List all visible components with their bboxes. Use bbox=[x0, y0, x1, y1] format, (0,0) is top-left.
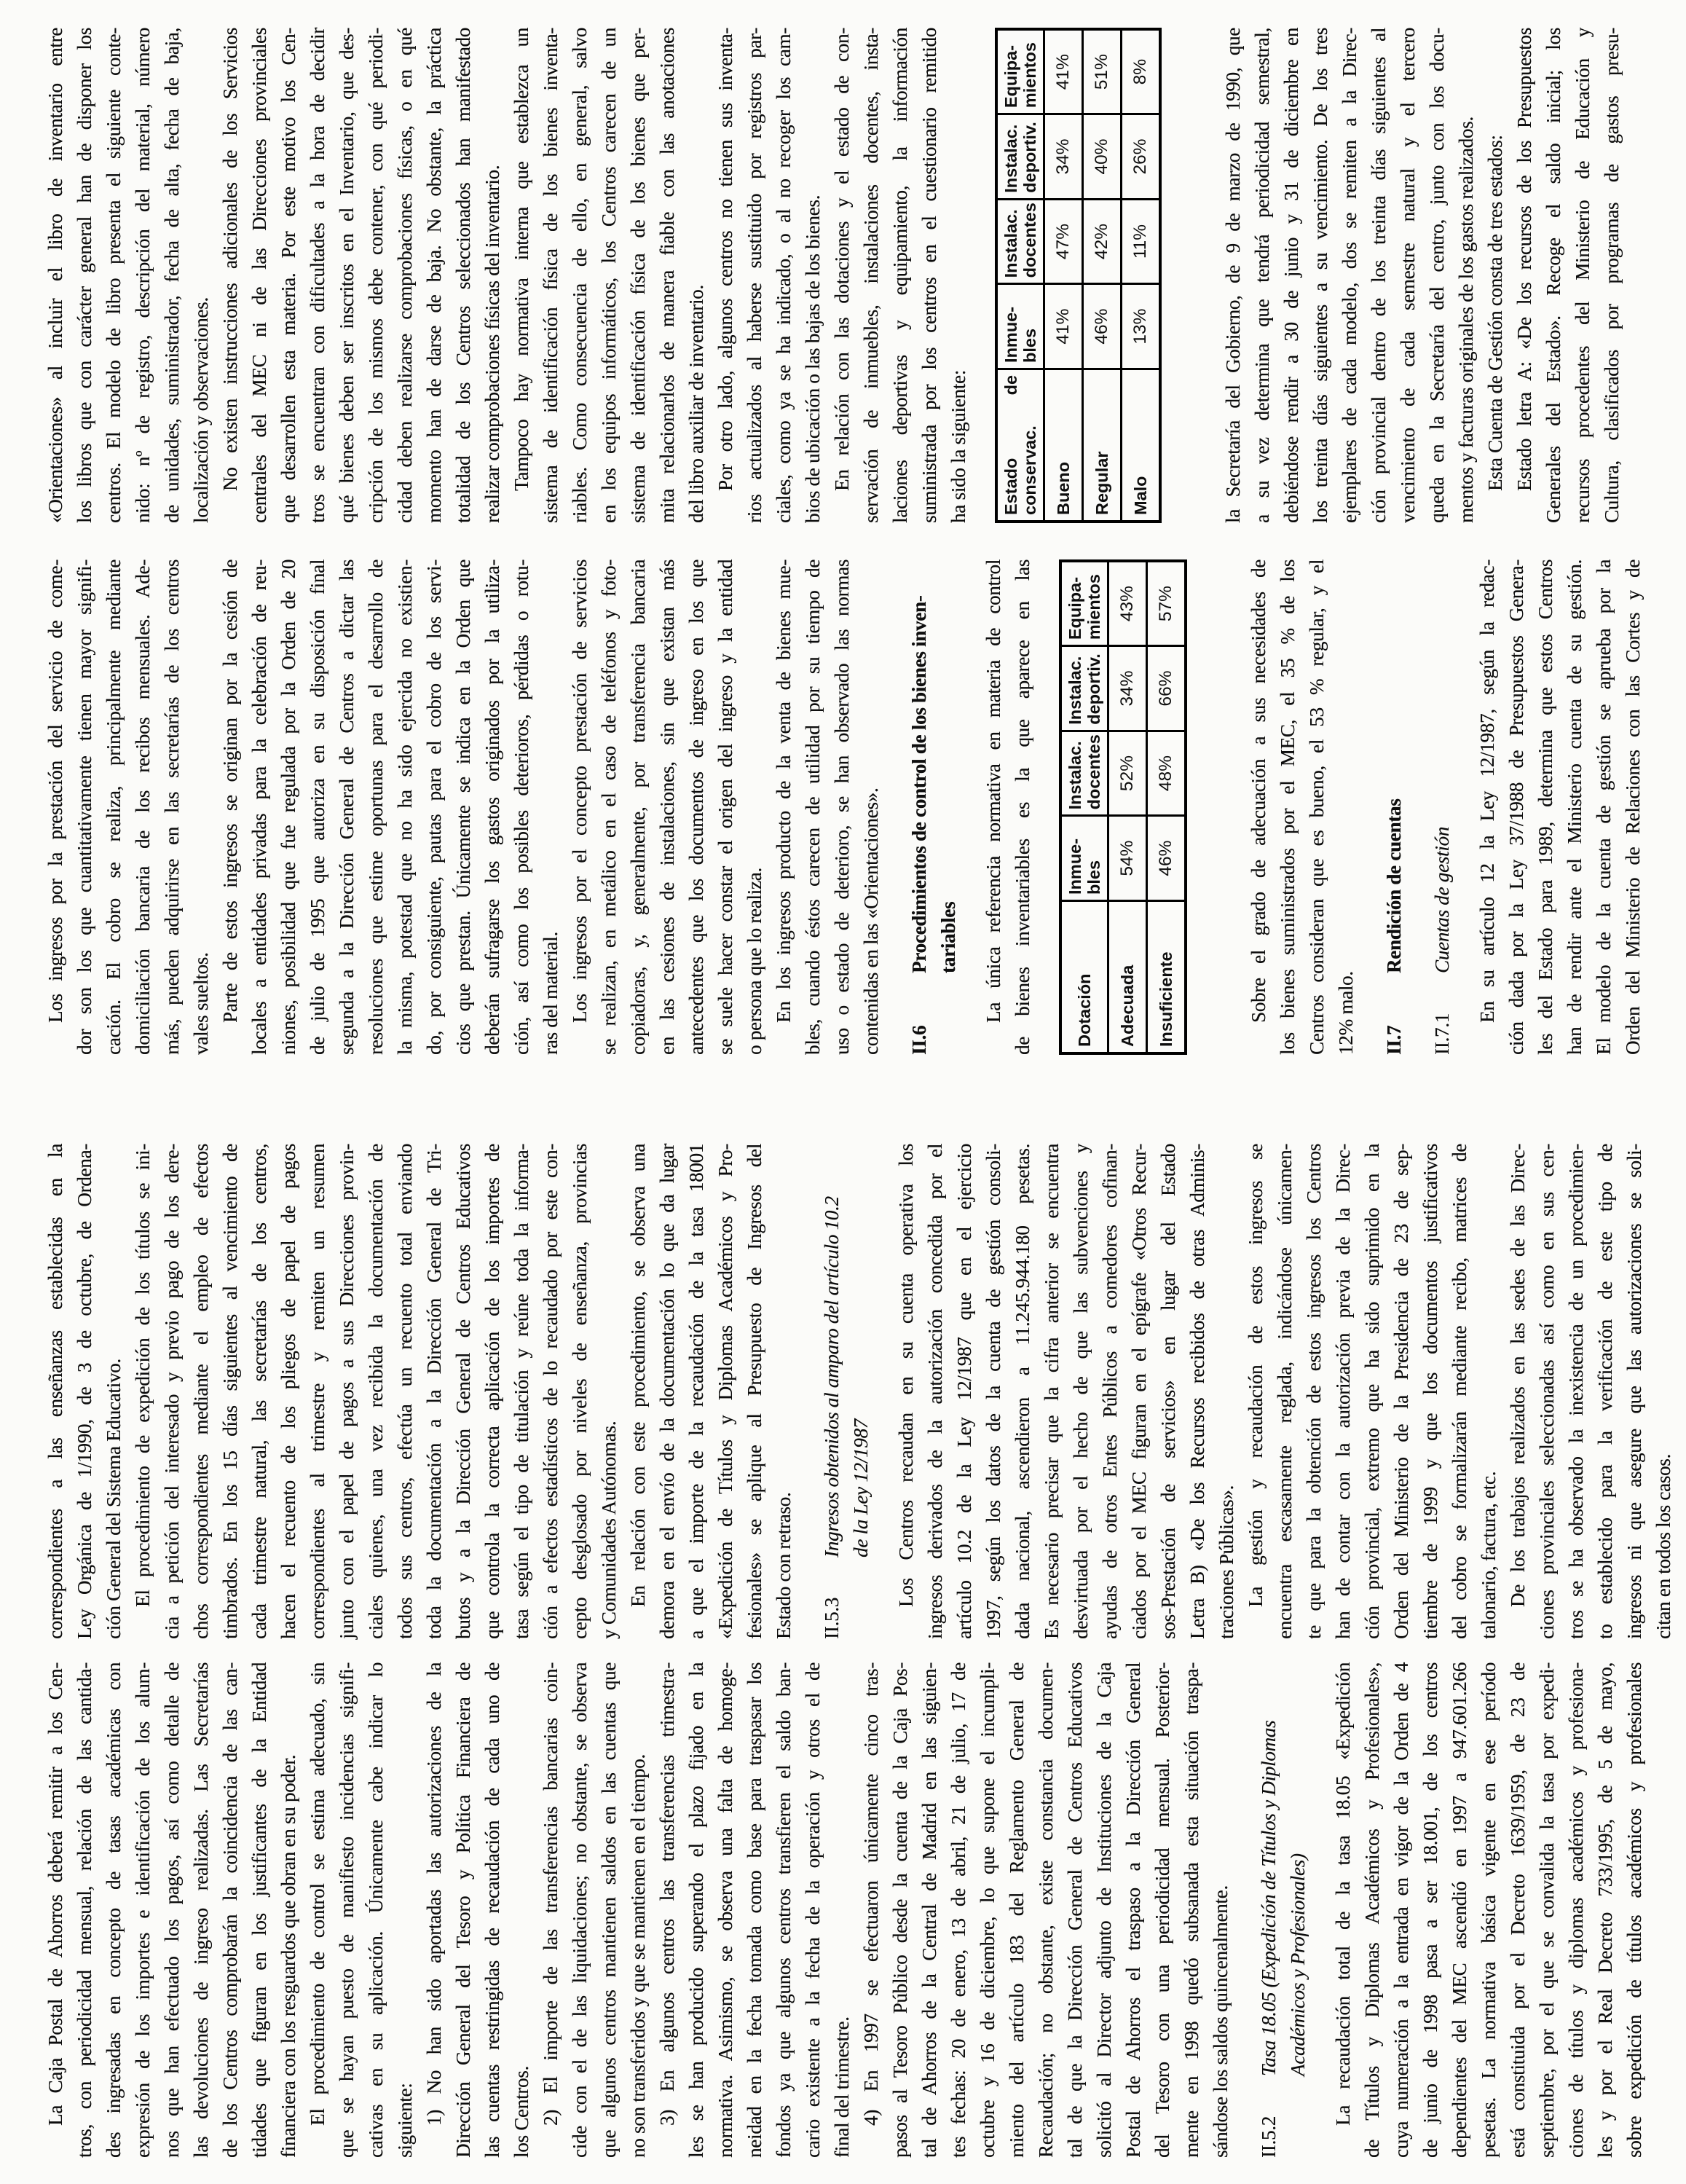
text-line: El modelo de la cuenta de gestión se apr… bbox=[1589, 559, 1618, 1055]
paragraph: Estado letra A: «De los recursos de los … bbox=[1510, 28, 1626, 523]
text-line: cepto desglosado por niveles de enseñanz… bbox=[565, 1144, 594, 1639]
table-header-cell: Instalac.deportiv. bbox=[996, 114, 1044, 200]
text-line: pesetas. La normativa básica vigente en … bbox=[1474, 1662, 1503, 2158]
value-cell: 26% bbox=[1122, 114, 1161, 200]
row-label-cell: Adecuada bbox=[1108, 900, 1147, 1053]
row-label-cell: Regular bbox=[1083, 369, 1122, 522]
paragraph: En relación con este procedimiento, se o… bbox=[623, 1144, 798, 1639]
text-line: mente en 1998 quedó subsanada esta situa… bbox=[1177, 1662, 1206, 2158]
text-line: de los Centros comprobarán la coincidenc… bbox=[216, 1662, 245, 2158]
text-line: Estado letra A: «De los recursos de los … bbox=[1510, 28, 1539, 523]
text-line: resoluciones que estime oportunas para e… bbox=[361, 559, 390, 1055]
text-line: copiadoras, y, generalmente, por transfe… bbox=[623, 559, 653, 1055]
text-line: cia a petición del interesado y previo p… bbox=[157, 1144, 186, 1639]
text-line: les del Estado para 1989, determina que … bbox=[1531, 559, 1560, 1055]
value-cell: 51% bbox=[1083, 29, 1122, 114]
text-line: centros. El modelo de libro presenta el … bbox=[99, 28, 128, 523]
text-line: contenidas en las «Orientaciones». bbox=[856, 559, 886, 1055]
section-title: Cuentas de gestión bbox=[1431, 827, 1453, 973]
value-cell: 11% bbox=[1122, 199, 1161, 284]
table-header-text: docentes bbox=[1020, 205, 1039, 278]
text-line: tros se ha observado la inexistencia de … bbox=[1561, 1144, 1591, 1639]
text-column-3: Los ingresos por la prestación del servi… bbox=[41, 559, 1647, 1055]
text-line: correspondientes a las enseñanzas establ… bbox=[41, 1144, 70, 1639]
row-label-cell: Malo bbox=[1122, 369, 1161, 522]
text-line: los bienes suministrados por el MEC, el … bbox=[1273, 559, 1302, 1055]
text-line: 2) El importe de las transferencias banc… bbox=[536, 1662, 565, 2158]
text-line: bles, cuando éstos carecen de utilidad p… bbox=[798, 559, 827, 1055]
text-line: está constituida por el Decreto 1639/195… bbox=[1503, 1662, 1532, 2158]
text-line: riables. Como consecuencia de ello, en g… bbox=[565, 28, 594, 523]
text-line: 1997, según los datos de la cuenta de ge… bbox=[979, 1144, 1008, 1639]
paragraph: 4) En 1997 se efectuaron únicamente cinc… bbox=[856, 1662, 1235, 2158]
paragraph: El procedimiento de control se estima ad… bbox=[303, 1662, 419, 2158]
text-line: ciales quienes, una vez recibida la docu… bbox=[361, 1144, 390, 1639]
text-line: butos y a la Dirección General de Centro… bbox=[449, 1144, 478, 1639]
text-line: solicitó al Director adjunto de Instituc… bbox=[1090, 1662, 1119, 2158]
table-header-text: Inmue- bbox=[1001, 290, 1020, 363]
text-line: «Orientaciones» al incluir el libro de i… bbox=[41, 28, 70, 523]
text-line: ción provincial, extremo que ha sido sup… bbox=[1358, 1144, 1387, 1639]
value-cell: 46% bbox=[1147, 816, 1186, 901]
text-line: ción, así como los posibles deterioros, … bbox=[507, 559, 536, 1055]
text-line: no son transferidos y que se mantienen e… bbox=[623, 1662, 653, 2158]
text-line: ciones provinciales seleccionadas así co… bbox=[1532, 1144, 1561, 1639]
text-line: pasos al Tesoro Público desde la cuenta … bbox=[886, 1662, 915, 2158]
paragraph: la Secretaría del Gobierno, de 9 de marz… bbox=[1218, 28, 1481, 523]
value-cell: 42% bbox=[1083, 199, 1122, 284]
text-line: segunda a la Dirección General de Centro… bbox=[332, 559, 361, 1055]
text-line: uso o estado de deterioro, se han observ… bbox=[827, 559, 856, 1055]
text-line: ción a efectos estadísticos de lo recaud… bbox=[536, 1144, 565, 1639]
table-header-text: Inmue- bbox=[1065, 822, 1084, 895]
table-header-text: mientos bbox=[1020, 36, 1039, 108]
text-line: los Centros. bbox=[507, 1662, 536, 2158]
text-line: ciados por el MEC figuran en el epígrafe… bbox=[1124, 1144, 1154, 1639]
text-line: del Tesoro con una periodicidad mensual.… bbox=[1148, 1662, 1177, 2158]
section-title: Académicos y Profesionales) bbox=[1287, 1853, 1309, 2076]
paragraph: El procedimiento de expedición de los tí… bbox=[128, 1144, 623, 1639]
text-line: rios actualizados al haberse sustituido … bbox=[740, 28, 769, 523]
text-line: correspondientes al trimestre y remiten … bbox=[303, 1144, 332, 1639]
section-title: Rendición de cuentas bbox=[1383, 798, 1405, 973]
value-cell: 8% bbox=[1122, 29, 1161, 114]
paragraph: En los ingresos producto de la venta de … bbox=[769, 559, 886, 1055]
section-heading-II.5.2: II.5.2Tasa 18.05 (Expedición de Títulos … bbox=[1254, 1662, 1312, 2158]
table-header-text: mientos bbox=[1084, 567, 1103, 640]
text-line: Dirección General del Tesoro y Política … bbox=[449, 1662, 478, 2158]
table-header-text: Equipa- bbox=[1001, 36, 1020, 108]
text-line: expresión de los importes e identificaci… bbox=[128, 1662, 157, 2158]
text-line: Letra B) «De los Recursos recibidos de o… bbox=[1183, 1144, 1212, 1639]
section-number: II.7.1 bbox=[1427, 973, 1457, 1055]
table-header-text: Dotación bbox=[1075, 907, 1094, 1047]
table-header-cell: Equipa-mientos bbox=[996, 29, 1044, 114]
section-heading-II.5.3: II.5.3Ingresos obtenidos al amparo del a… bbox=[817, 1144, 875, 1639]
text-line: domiciliación bancaria de los recibos me… bbox=[128, 559, 157, 1055]
paragraph: 3) En algunos centros las transferencias… bbox=[653, 1662, 856, 2158]
paragraph: 2) El importe de las transferencias banc… bbox=[536, 1662, 653, 2158]
text-column-2: correspondientes a las enseñanzas establ… bbox=[41, 1144, 1678, 1639]
text-line: de unidades, suministrador, fecha de alt… bbox=[157, 28, 186, 523]
text-line: Esta Cuenta de Gestión consta de tres es… bbox=[1481, 28, 1510, 523]
paragraph: Esta Cuenta de Gestión consta de tres es… bbox=[1481, 28, 1510, 523]
paragraph: Parte de estos ingresos se originan por … bbox=[216, 559, 565, 1055]
text-line: La recaudación total de la tasa 18.05 «E… bbox=[1328, 1662, 1358, 2158]
value-cell: 54% bbox=[1108, 816, 1147, 901]
paragraph: En relación con las dotaciones y el esta… bbox=[827, 28, 973, 523]
text-line: cuya numeración a la entrada en vigor de… bbox=[1387, 1662, 1416, 2158]
table-header-cell: Equipa-mientos bbox=[1060, 561, 1108, 646]
value-cell: 43% bbox=[1108, 561, 1147, 646]
text-line: En relación con las dotaciones y el esta… bbox=[827, 28, 856, 523]
text-line: Es necesario precisar que la cifra anter… bbox=[1037, 1144, 1066, 1639]
paragraph: La única referencia normativa en materia… bbox=[979, 559, 1037, 1055]
text-line: más, pueden adquirirse en las secretaría… bbox=[157, 559, 186, 1055]
paragraph: Por otro lado, algunos centros no tienen… bbox=[711, 28, 827, 523]
text-line: ciones de títulos y diplomas académicos … bbox=[1561, 1662, 1591, 2158]
text-line: tal de Ahorros de la Central de Madrid e… bbox=[915, 1662, 944, 2158]
section-title: Ingresos obtenidos al amparo del artícul… bbox=[821, 1196, 843, 1558]
paragraph: De los trabajos realizados en las sedes … bbox=[1503, 1144, 1678, 1639]
text-line: normativa. Asimismo, se observa una falt… bbox=[711, 1662, 740, 2158]
text-line: realizar comprobaciones físicas del inve… bbox=[478, 28, 507, 523]
row-label-cell: Insuficiente bbox=[1147, 900, 1186, 1053]
text-line: bios de ubicación o las bajas de los bie… bbox=[798, 28, 827, 523]
value-cell: 41% bbox=[1044, 284, 1083, 369]
value-cell: 41% bbox=[1044, 29, 1083, 114]
text-line: cidad deben realizarse comprobaciones fí… bbox=[390, 28, 419, 523]
text-line: ingresos ni que asegure que las autoriza… bbox=[1620, 1144, 1649, 1639]
text-line: ción dada por la Ley 37/1988 de Presupue… bbox=[1502, 559, 1531, 1055]
table-header-cell: Instalac.deportiv. bbox=[1060, 646, 1108, 731]
text-line: La Caja Postal de Ahorros deberá remitir… bbox=[41, 1662, 70, 2158]
text-column-4: «Orientaciones» al incluir el libro de i… bbox=[41, 28, 1626, 523]
paragraph: 1) No han sido aportadas las autorizacio… bbox=[419, 1662, 536, 2158]
text-line: tiembre de 1999 y que los documentos jus… bbox=[1416, 1144, 1445, 1639]
paragraph: correspondientes a las enseñanzas establ… bbox=[41, 1144, 128, 1639]
text-line: hacen el recuento de los pliegos de pape… bbox=[274, 1144, 303, 1639]
text-line: sobre expedición de títulos académicos y… bbox=[1620, 1662, 1649, 2158]
text-line: cada trimestre natural, las secretarías … bbox=[245, 1144, 274, 1639]
text-line: Generales del Estado». Recoge el saldo i… bbox=[1539, 28, 1568, 523]
text-line: dada nacional, ascendieron a 11.245.944.… bbox=[1008, 1144, 1037, 1639]
text-line: Centros consideran que es bueno, el 53 %… bbox=[1302, 559, 1331, 1055]
paragraph: La Caja Postal de Ahorros deberá remitir… bbox=[41, 1662, 303, 2158]
section-number: II.6 bbox=[905, 973, 934, 1055]
text-line: Los Centros recaudan en su cuenta operat… bbox=[891, 1144, 921, 1639]
text-line: los treinta días siguientes a su vencimi… bbox=[1306, 28, 1335, 523]
text-line: En los ingresos producto de la venta de … bbox=[769, 559, 798, 1055]
text-line: do, por consiguiente, pautas para el cob… bbox=[419, 559, 449, 1055]
text-line: De los trabajos realizados en las sedes … bbox=[1503, 1144, 1532, 1639]
section-title: tariables bbox=[937, 902, 959, 973]
paragraph: Los ingresos por el concepto prestación … bbox=[565, 559, 769, 1055]
text-line: totalidad de los Centros seleccionados h… bbox=[449, 28, 478, 523]
table-header-cell: Inmue-bles bbox=[1060, 816, 1108, 901]
value-cell: 34% bbox=[1108, 646, 1147, 731]
text-line: desvirtuada por el hecho de que las subv… bbox=[1066, 1144, 1095, 1639]
text-line: toda la documentación a la Dirección Gen… bbox=[419, 1144, 449, 1639]
text-line: qué bienes deben ser inscritos en el Inv… bbox=[332, 28, 361, 523]
text-line: siguiente: bbox=[390, 1662, 419, 2158]
text-line: ha sido la siguiente: bbox=[944, 28, 973, 523]
text-line: centrales del MEC ni de las Direcciones … bbox=[245, 28, 274, 523]
section-heading-II.7: II.7Rendición de cuentas bbox=[1379, 559, 1409, 1055]
table-row: Regular46%42%40%51% bbox=[1083, 29, 1122, 522]
paragraph: Sobre el grado de adecuación a sus neces… bbox=[1244, 559, 1360, 1055]
text-line: tal de que la Dirección General de Centr… bbox=[1060, 1662, 1090, 2158]
text-line: en las cesiones de instalaciones, sin qu… bbox=[653, 559, 682, 1055]
text-line: de Títulos y Diplomas Académicos y Profe… bbox=[1358, 1662, 1387, 2158]
text-line: talonario, factura, etc. bbox=[1474, 1144, 1503, 1639]
text-line: El procedimiento de expedición de los tí… bbox=[128, 1144, 157, 1639]
table-header-text: deportiv. bbox=[1020, 120, 1039, 193]
text-line: final del trimestre. bbox=[827, 1662, 856, 2158]
text-line: 3) En algunos centros las transferencias… bbox=[653, 1662, 682, 2158]
text-line: las devoluciones de ingreso realizadas. … bbox=[186, 1662, 216, 2158]
table-header-cell: Instalac.docentes bbox=[996, 199, 1044, 284]
table-header-text: Instalac. bbox=[1065, 652, 1084, 725]
paragraph: La recaudación total de la tasa 18.05 «E… bbox=[1328, 1662, 1649, 2158]
text-line: No existen instrucciones adicionales de … bbox=[216, 28, 245, 523]
estado-table: Estado deconservac.Inmue-blesInstalac.do… bbox=[995, 28, 1162, 523]
text-line: del cobro se formalizarán mediante recib… bbox=[1445, 1144, 1474, 1639]
text-line: los libros que con carácter general han … bbox=[70, 28, 99, 523]
text-line: tasa según el tipo de titulación y reúne… bbox=[507, 1144, 536, 1639]
text-line: 12% malo. bbox=[1331, 559, 1360, 1055]
text-line: Orden del Ministerio de Relaciones con l… bbox=[1618, 559, 1647, 1055]
section-heading-II.6: II.6Procedimientos de control de los bie… bbox=[905, 559, 963, 1055]
value-cell: 46% bbox=[1083, 284, 1122, 369]
value-cell: 13% bbox=[1122, 284, 1161, 369]
text-line: financiera con los resguardos que obran … bbox=[274, 1662, 303, 2158]
paragraph: Los ingresos por la prestación del servi… bbox=[41, 559, 216, 1055]
text-line: timbrados. En los 15 días siguientes al … bbox=[216, 1144, 245, 1639]
text-line: dependientes del MEC ascendió en 1997 a … bbox=[1445, 1662, 1474, 2158]
text-line: Los ingresos por la prestación del servi… bbox=[41, 559, 70, 1055]
text-line: encuentra escasamente reglada, indicándo… bbox=[1270, 1144, 1299, 1639]
text-line: a que el importe de la recaudación de la… bbox=[682, 1144, 711, 1639]
text-line: to establecido para la verificación de e… bbox=[1591, 1144, 1620, 1639]
text-line: se realizan, en metálico en el caso de t… bbox=[594, 559, 623, 1055]
value-cell: 52% bbox=[1108, 731, 1147, 816]
text-line: Recaudación; no obstante, existe constan… bbox=[1031, 1662, 1060, 2158]
text-line: sos-Prestación de servicios» en lugar de… bbox=[1154, 1144, 1183, 1639]
text-line: fondos ya que algunos centros transfiere… bbox=[769, 1662, 798, 2158]
paragraph: «Orientaciones» al incluir el libro de i… bbox=[41, 28, 216, 523]
text-line: la misma, potestad que no ha sido ejerci… bbox=[390, 559, 419, 1055]
paragraph: En su artículo 12 la Ley 12/1987, según … bbox=[1473, 559, 1647, 1055]
text-line: Parte de estos ingresos se originan por … bbox=[216, 559, 245, 1055]
text-line: que se hayan puesto de manifiesto incide… bbox=[332, 1662, 361, 2158]
table-row: Malo13%11%26%8% bbox=[1122, 29, 1161, 522]
text-line: tros, con periodicidad mensual, relación… bbox=[70, 1662, 99, 2158]
value-cell: 47% bbox=[1044, 199, 1083, 284]
scanned-report-sheet: La Caja Postal de Ahorros deberá remitir… bbox=[0, 0, 1686, 2184]
paragraph: La gestión y recaudación de estos ingres… bbox=[1241, 1144, 1503, 1639]
table-header-cell: Estado deconservac. bbox=[996, 369, 1044, 522]
text-line: septiembre, por el que se convalida la t… bbox=[1532, 1662, 1561, 2158]
text-line: les se han producido superando el plazo … bbox=[682, 1662, 711, 2158]
text-line: 1) No han sido aportadas las autorizacio… bbox=[419, 1662, 449, 2158]
section-heading-II.7.1: II.7.1Cuentas de gestión bbox=[1427, 559, 1457, 1055]
text-line: Sobre el grado de adecuación a sus neces… bbox=[1244, 559, 1273, 1055]
text-line: sistema de identificación física de los … bbox=[623, 28, 653, 523]
text-line: locales a entidades privadas para la cel… bbox=[245, 559, 274, 1055]
table-row: Bueno41%47%34%41% bbox=[1044, 29, 1083, 522]
text-line: neidad en la fecha tomada como base para… bbox=[740, 1662, 769, 2158]
text-line: se suele hacer constar el origen del ing… bbox=[711, 559, 740, 1055]
table-header-text: Instalac. bbox=[1065, 737, 1084, 810]
table-header-text: bles bbox=[1020, 290, 1039, 363]
section-title: de la Ley 12/1987 bbox=[850, 1419, 872, 1558]
table-header-text: deportiv. bbox=[1084, 652, 1103, 725]
text-line: ciales, como ya se ha indicado, o al no … bbox=[769, 28, 798, 523]
text-line: debiéndose rendir a 30 de junio y 31 de … bbox=[1277, 28, 1306, 523]
text-line: cativas en su aplicación. Únicamente cab… bbox=[361, 1662, 390, 2158]
text-line: les y por el Real Decreto 733/1995, de 5… bbox=[1591, 1662, 1620, 2158]
text-line: nido: nº de registro, descripción del ma… bbox=[128, 28, 157, 523]
text-line: Orden del Ministerio de la Presidencia d… bbox=[1387, 1144, 1416, 1639]
text-line: que algunos centros mantienen saldos en … bbox=[594, 1662, 623, 2158]
text-line: ción provincial dentro de los treinta dí… bbox=[1364, 28, 1393, 523]
text-line: Cultura, clasificados por programas de g… bbox=[1597, 28, 1626, 523]
text-line: miento del artículo 183 del Reglamento G… bbox=[1002, 1662, 1031, 2158]
text-line: laciones deportivas y equipamiento, la i… bbox=[886, 28, 915, 523]
table-row: Insuficiente46%48%66%57% bbox=[1147, 561, 1186, 1053]
value-cell: 66% bbox=[1147, 646, 1186, 731]
text-line: niones, posibilidad que fue regulada por… bbox=[274, 559, 303, 1055]
text-line: des ingresadas en concepto de tasas acad… bbox=[99, 1662, 128, 2158]
text-line: te que para la obtención de estos ingres… bbox=[1299, 1144, 1328, 1639]
text-line: han de rendir ante el Ministerio cuenta … bbox=[1560, 559, 1589, 1055]
section-title: Procedimientos de control de los bienes … bbox=[908, 596, 930, 973]
text-line: Postal de Ahorros el traspaso a la Direc… bbox=[1119, 1662, 1148, 2158]
text-line: han de contar con la autorización previa… bbox=[1328, 1144, 1358, 1639]
text-line: o persona que lo realiza. bbox=[740, 559, 769, 1055]
text-line: en los equipos informáticos, los Centros… bbox=[594, 28, 623, 523]
section-title: Tasa 18.05 (Expedición de Títulos y Dipl… bbox=[1258, 1721, 1280, 2076]
text-line: servación de inmuebles, instalaciones do… bbox=[856, 28, 886, 523]
text-line: citan en todos los casos. bbox=[1649, 1144, 1678, 1639]
text-line: dor son los que cuantitativamente tienen… bbox=[70, 559, 99, 1055]
text-line: cario existente a la fecha de la operaci… bbox=[798, 1662, 827, 2158]
table-header-text: conservac. bbox=[1020, 375, 1039, 515]
text-line: ras del material. bbox=[536, 559, 565, 1055]
text-line: Por otro lado, algunos centros no tienen… bbox=[711, 28, 740, 523]
text-line: las cuentas restringidas de recaudación … bbox=[478, 1662, 507, 2158]
text-line: En relación con este procedimiento, se o… bbox=[623, 1144, 653, 1639]
text-line: ejemplares de cada modelo, dos se remite… bbox=[1335, 28, 1364, 523]
section-number: II.5.3 bbox=[817, 1558, 846, 1639]
text-line: de bienes inventariables es la que apare… bbox=[1008, 559, 1037, 1055]
section-number: II.5.2 bbox=[1254, 2076, 1283, 2158]
text-line: deberán sufragarse los gastos originados… bbox=[478, 559, 507, 1055]
text-line: 4) En 1997 se efectuaron únicamente cinc… bbox=[856, 1662, 886, 2158]
text-line: momento han de darse de baja. No obstant… bbox=[419, 28, 449, 523]
text-line: de junio de 1998 pasa a ser 18.001, de l… bbox=[1416, 1662, 1445, 2158]
text-line: y Comunidades Autónomas. bbox=[594, 1144, 623, 1639]
text-line: tros se encuentran con dificultades a la… bbox=[303, 28, 332, 523]
text-line: recursos procedentes del Ministerio de E… bbox=[1568, 28, 1597, 523]
text-line: junto con el papel de pagos a sus Direcc… bbox=[332, 1144, 361, 1639]
text-line: de julio de 1995 que autoriza en su disp… bbox=[303, 559, 332, 1055]
text-line: La gestión y recaudación de estos ingres… bbox=[1241, 1144, 1270, 1639]
text-line: El procedimiento de control se estima ad… bbox=[303, 1662, 332, 2158]
value-cell: 48% bbox=[1147, 731, 1186, 816]
section-number: II.7 bbox=[1379, 973, 1409, 1055]
text-line: sándose los saldos quincenalmente. bbox=[1206, 1662, 1235, 2158]
text-line: cación. El cobro se realiza, principalme… bbox=[99, 559, 128, 1055]
text-line: vales sueltos. bbox=[186, 559, 216, 1055]
text-line: queda en la Secretaría del centro, junto… bbox=[1422, 28, 1451, 523]
value-cell: 34% bbox=[1044, 114, 1083, 200]
paragraph: Los Centros recaudan en su cuenta operat… bbox=[891, 1144, 1241, 1639]
text-line: mentos y facturas originales de los gast… bbox=[1451, 28, 1481, 523]
text-line: que desarrollen esta materia. Por este m… bbox=[274, 28, 303, 523]
text-line: «Expedición de Títulos y Diplomas Académ… bbox=[711, 1144, 740, 1639]
text-line: tes fechas: 20 de enero, 13 de abril, 21… bbox=[944, 1662, 973, 2158]
text-line: del libro auxiliar de inventario. bbox=[682, 28, 711, 523]
value-cell: 57% bbox=[1147, 561, 1186, 646]
table-header-text: Estado de bbox=[1001, 375, 1020, 515]
text-line: sistema de identificación física de los … bbox=[536, 28, 565, 523]
text-line: demora en el envío de la documentación l… bbox=[653, 1144, 682, 1639]
text-line: fesionales» se aplique al Presupuesto de… bbox=[740, 1144, 769, 1639]
table-header-text: bles bbox=[1084, 822, 1103, 895]
text-line: traciones Públicas». bbox=[1212, 1144, 1241, 1639]
paragraph: Tampoco hay normativa interna que establ… bbox=[507, 28, 711, 523]
text-line: ción General del Sistema Educativo. bbox=[99, 1144, 128, 1639]
text-line: cide con el de las liquidaciones; no obs… bbox=[565, 1662, 594, 2158]
text-line: que controla la correcta aplicación de l… bbox=[478, 1144, 507, 1639]
text-line: suministrada por los centros en el cuest… bbox=[915, 28, 944, 523]
text-line: ingresos derivados de la autorización co… bbox=[921, 1144, 950, 1639]
text-line: tidades que figuran en los justificantes… bbox=[245, 1662, 274, 2158]
table-header-text: Instalac. bbox=[1001, 120, 1020, 193]
text-line: chos correspondientes mediante el empleo… bbox=[186, 1144, 216, 1639]
text-line: Los ingresos por el concepto prestación … bbox=[565, 559, 594, 1055]
text-line: la Secretaría del Gobierno, de 9 de marz… bbox=[1218, 28, 1248, 523]
table-header-text: Equipa- bbox=[1065, 567, 1084, 640]
text-line: En su artículo 12 la Ley 12/1987, según … bbox=[1473, 559, 1502, 1055]
text-line: Ley Orgánica de 1/1990, de 3 de octubre,… bbox=[70, 1144, 99, 1639]
text-line: artículo 10.2 de la Ley 12/1987 que en e… bbox=[950, 1144, 979, 1639]
row-label-cell: Bueno bbox=[1044, 369, 1083, 522]
text-line: mita relacionarlos de manera fiable con … bbox=[653, 28, 682, 523]
text-line: Tampoco hay normativa interna que establ… bbox=[507, 28, 536, 523]
table-header-text: docentes bbox=[1084, 737, 1103, 810]
text-line: ayudas de otros Entes Públicos a comedor… bbox=[1095, 1144, 1124, 1639]
text-line: antecedentes que los documentos de ingre… bbox=[682, 559, 711, 1055]
text-line: vencimiento de cada semestre natural y e… bbox=[1393, 28, 1422, 523]
text-line: octubre y 16 de diciembre, lo que supone… bbox=[973, 1662, 1002, 2158]
value-cell: 40% bbox=[1083, 114, 1122, 200]
text-line: La única referencia normativa en materia… bbox=[979, 559, 1008, 1055]
table-header-text: Instalac. bbox=[1001, 205, 1020, 278]
table-row: Adecuada54%52%34%43% bbox=[1108, 561, 1147, 1053]
table-header-cell: Instalac.docentes bbox=[1060, 731, 1108, 816]
table-header-cell: Dotación bbox=[1060, 900, 1108, 1053]
text-line: Estado con retraso. bbox=[769, 1144, 798, 1639]
text-line: nos que han efectuado los pagos, así com… bbox=[157, 1662, 186, 2158]
dotacion-table: DotaciónInmue-blesInstalac.docentesInsta… bbox=[1059, 559, 1187, 1055]
text-line: cripción de los mismos debe contener, co… bbox=[361, 28, 390, 523]
text-line: localización y observaciones. bbox=[186, 28, 216, 523]
table-header-cell: Inmue-bles bbox=[996, 284, 1044, 369]
text-line: cios que prestan. Únicamente se indica e… bbox=[449, 559, 478, 1055]
